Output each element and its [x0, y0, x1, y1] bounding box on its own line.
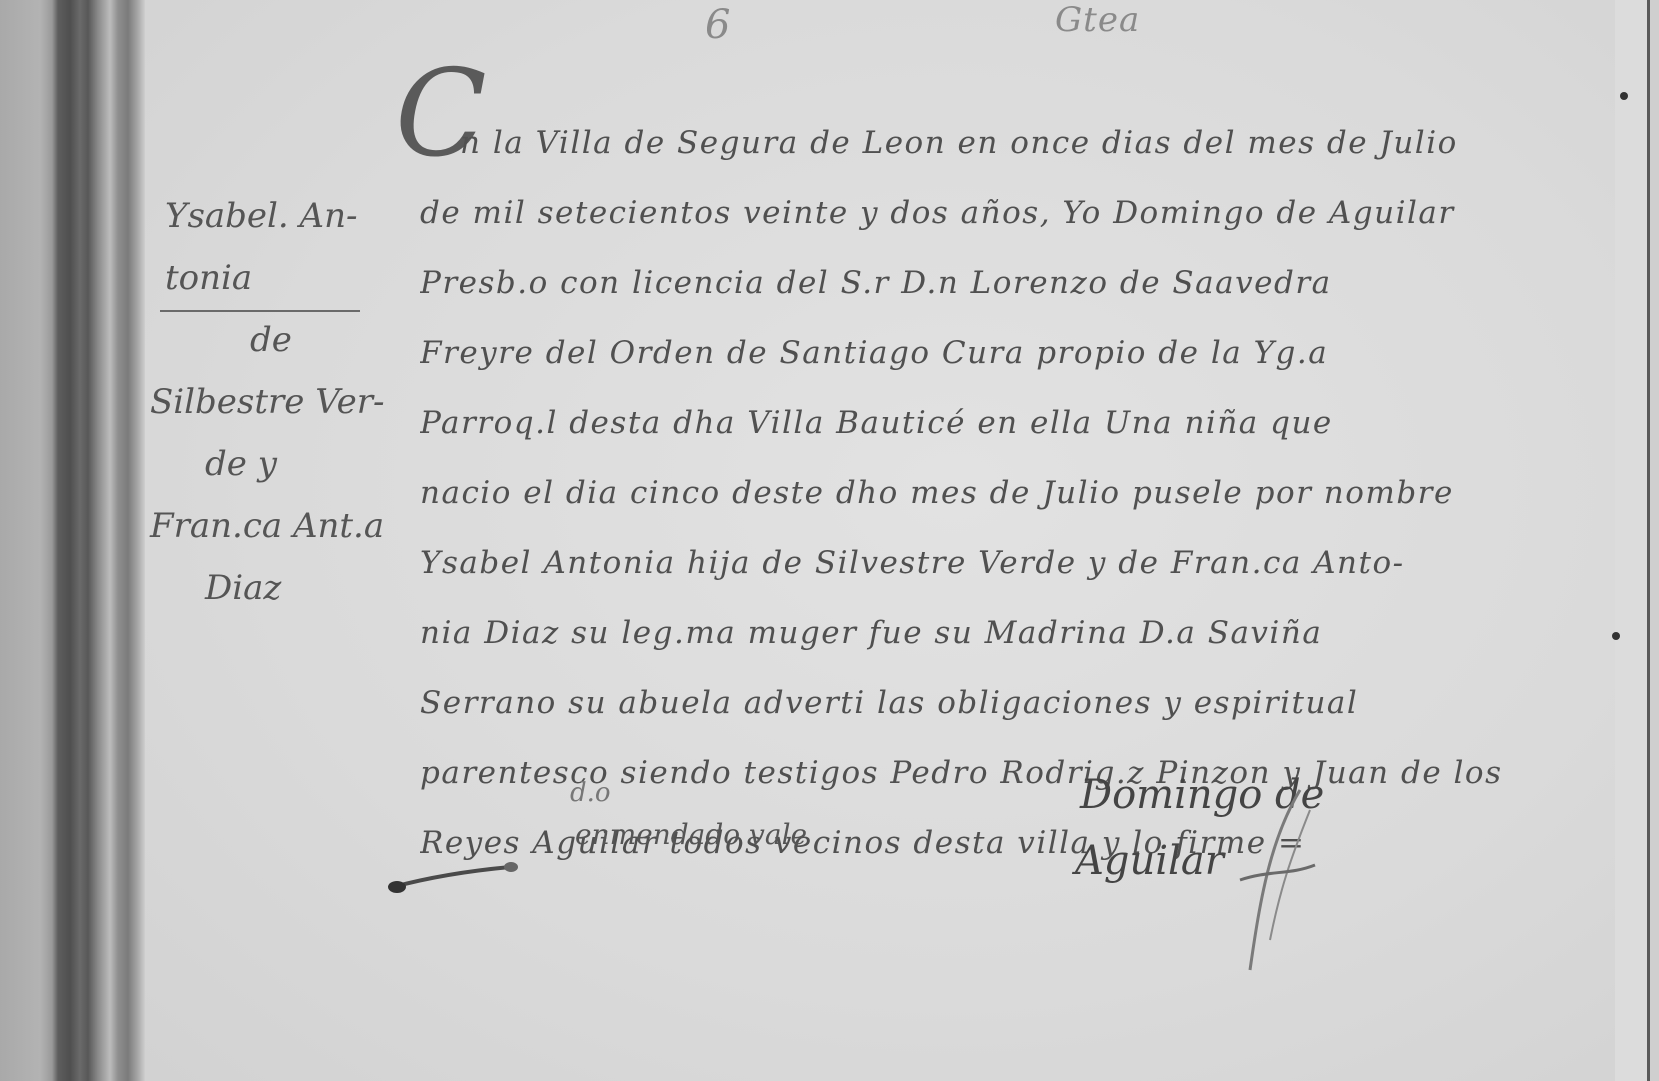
correction-note-valid: enmendado vale: [575, 818, 807, 851]
margin-line: Diaz: [150, 557, 390, 619]
ink-dot: [1620, 92, 1628, 100]
body-line: Parroq.l desta dha Villa Bauticé en ella…: [420, 388, 1640, 458]
body-line: Ysabel Antonia hija de Silvestre Verde y…: [420, 528, 1640, 598]
header-annotation: Gtea: [1055, 0, 1140, 40]
pen-flourish-icon: [385, 855, 525, 895]
body-line: nia Diaz su leg.ma muger fue su Madrina …: [420, 598, 1640, 668]
record-body: n la Villa de Segura de Leon en once dia…: [420, 108, 1640, 878]
signature-surname: Aguilar: [1075, 838, 1224, 884]
margin-line: de: [150, 309, 390, 371]
margin-note: Ysabel. An- tonia de Silbestre Ver- de y…: [150, 185, 390, 619]
margin-line: Fran.ca Ant.a: [150, 495, 390, 557]
page-edge: [1650, 0, 1659, 1081]
margin-line: de y: [150, 433, 390, 495]
body-line: nacio el dia cinco deste dho mes de Juli…: [420, 458, 1640, 528]
signature-rubric-icon: [1230, 780, 1320, 980]
ink-dot: [1612, 632, 1620, 640]
body-line: Serrano su abuela adverti las obligacion…: [420, 668, 1640, 738]
body-line: Freyre del Orden de Santiago Cura propio…: [420, 318, 1640, 388]
document-scan: 6 Gtea C Ysabel. An- tonia de Silbestre …: [0, 0, 1659, 1081]
body-line: Presb.o con licencia del S.r D.n Lorenzo…: [420, 248, 1640, 318]
body-line: n la Villa de Segura de Leon en once dia…: [420, 108, 1640, 178]
correction-note: d.o: [570, 778, 611, 808]
margin-line: Silbestre Ver-: [150, 371, 390, 433]
margin-line: tonia: [150, 247, 390, 309]
book-binding: [0, 0, 145, 1081]
margin-line: Ysabel. An-: [150, 185, 390, 247]
body-line: de mil setecientos veinte y dos años, Yo…: [420, 178, 1640, 248]
folio-mark: 6: [705, 2, 731, 48]
